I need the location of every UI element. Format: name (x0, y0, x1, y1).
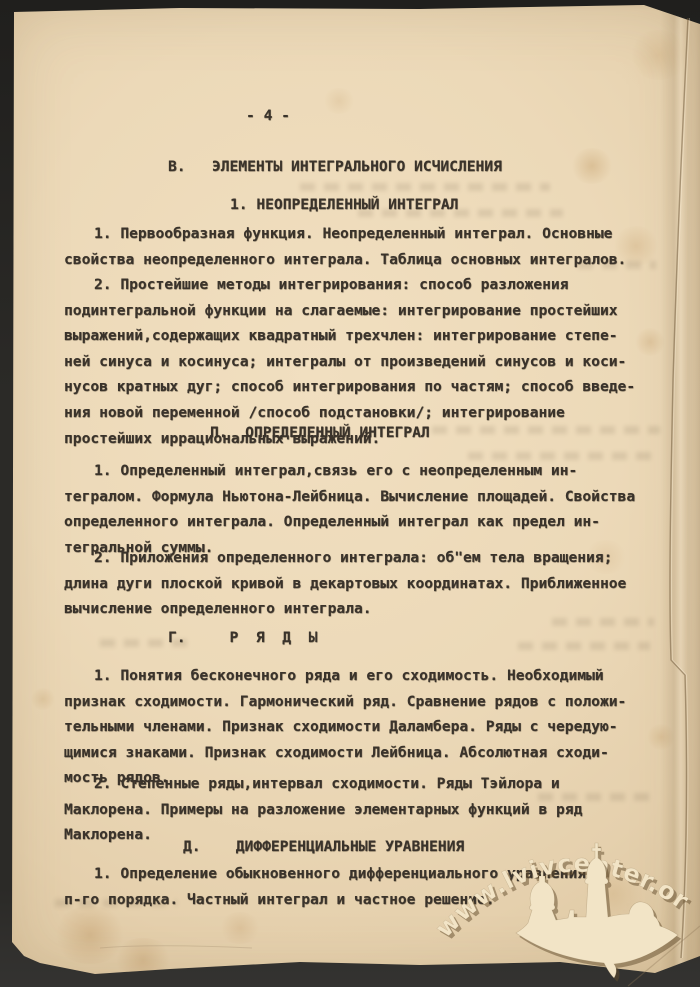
page-fold-shading (660, 0, 700, 987)
scanned-document-page: - 4 - В. ЭЛЕМЕНТЫ ИНТЕГРАЛЬНОГО ИСЧИСЛЕН… (0, 0, 700, 987)
subsection-heading-b1: 1. НЕОПРЕДЕЛЕННЫЙ ИНТЕГРАЛ (230, 192, 458, 218)
paragraph-p2: 2. Приложения определенного интеграла: о… (64, 545, 664, 622)
paragraph-b1: 1. Первообразная функция. Неопределенный… (64, 221, 664, 272)
section-heading-b: В. ЭЛЕМЕНТЫ ИНТЕГРАЛЬНОГО ИСЧИСЛЕНИЯ (168, 154, 502, 180)
section-heading-p: П. ОПРЕДЕЛЕННЫЙ ИНТЕГРАЛ (210, 420, 430, 446)
section-heading-d: Д. ДИФФЕРЕНЦИАЛЬНЫЕ УРАВНЕНИЯ (183, 834, 464, 860)
bleed-through (518, 642, 650, 650)
stain (218, 912, 262, 944)
stain (30, 688, 56, 710)
paragraph-d1: 1. Определение обыкновенного дифференциа… (64, 861, 664, 912)
bleed-through (300, 183, 550, 191)
stain (322, 88, 356, 114)
section-heading-g: Г. Р Я Д Ы (168, 625, 317, 651)
page-number: - 4 - (246, 103, 290, 129)
stain (52, 906, 128, 964)
stain (628, 30, 690, 80)
stain (112, 938, 174, 982)
paper-sheet: - 4 - В. ЭЛЕМЕНТЫ ИНТЕГРАЛЬНОГО ИСЧИСЛЕН… (0, 0, 700, 987)
stain (570, 148, 614, 184)
